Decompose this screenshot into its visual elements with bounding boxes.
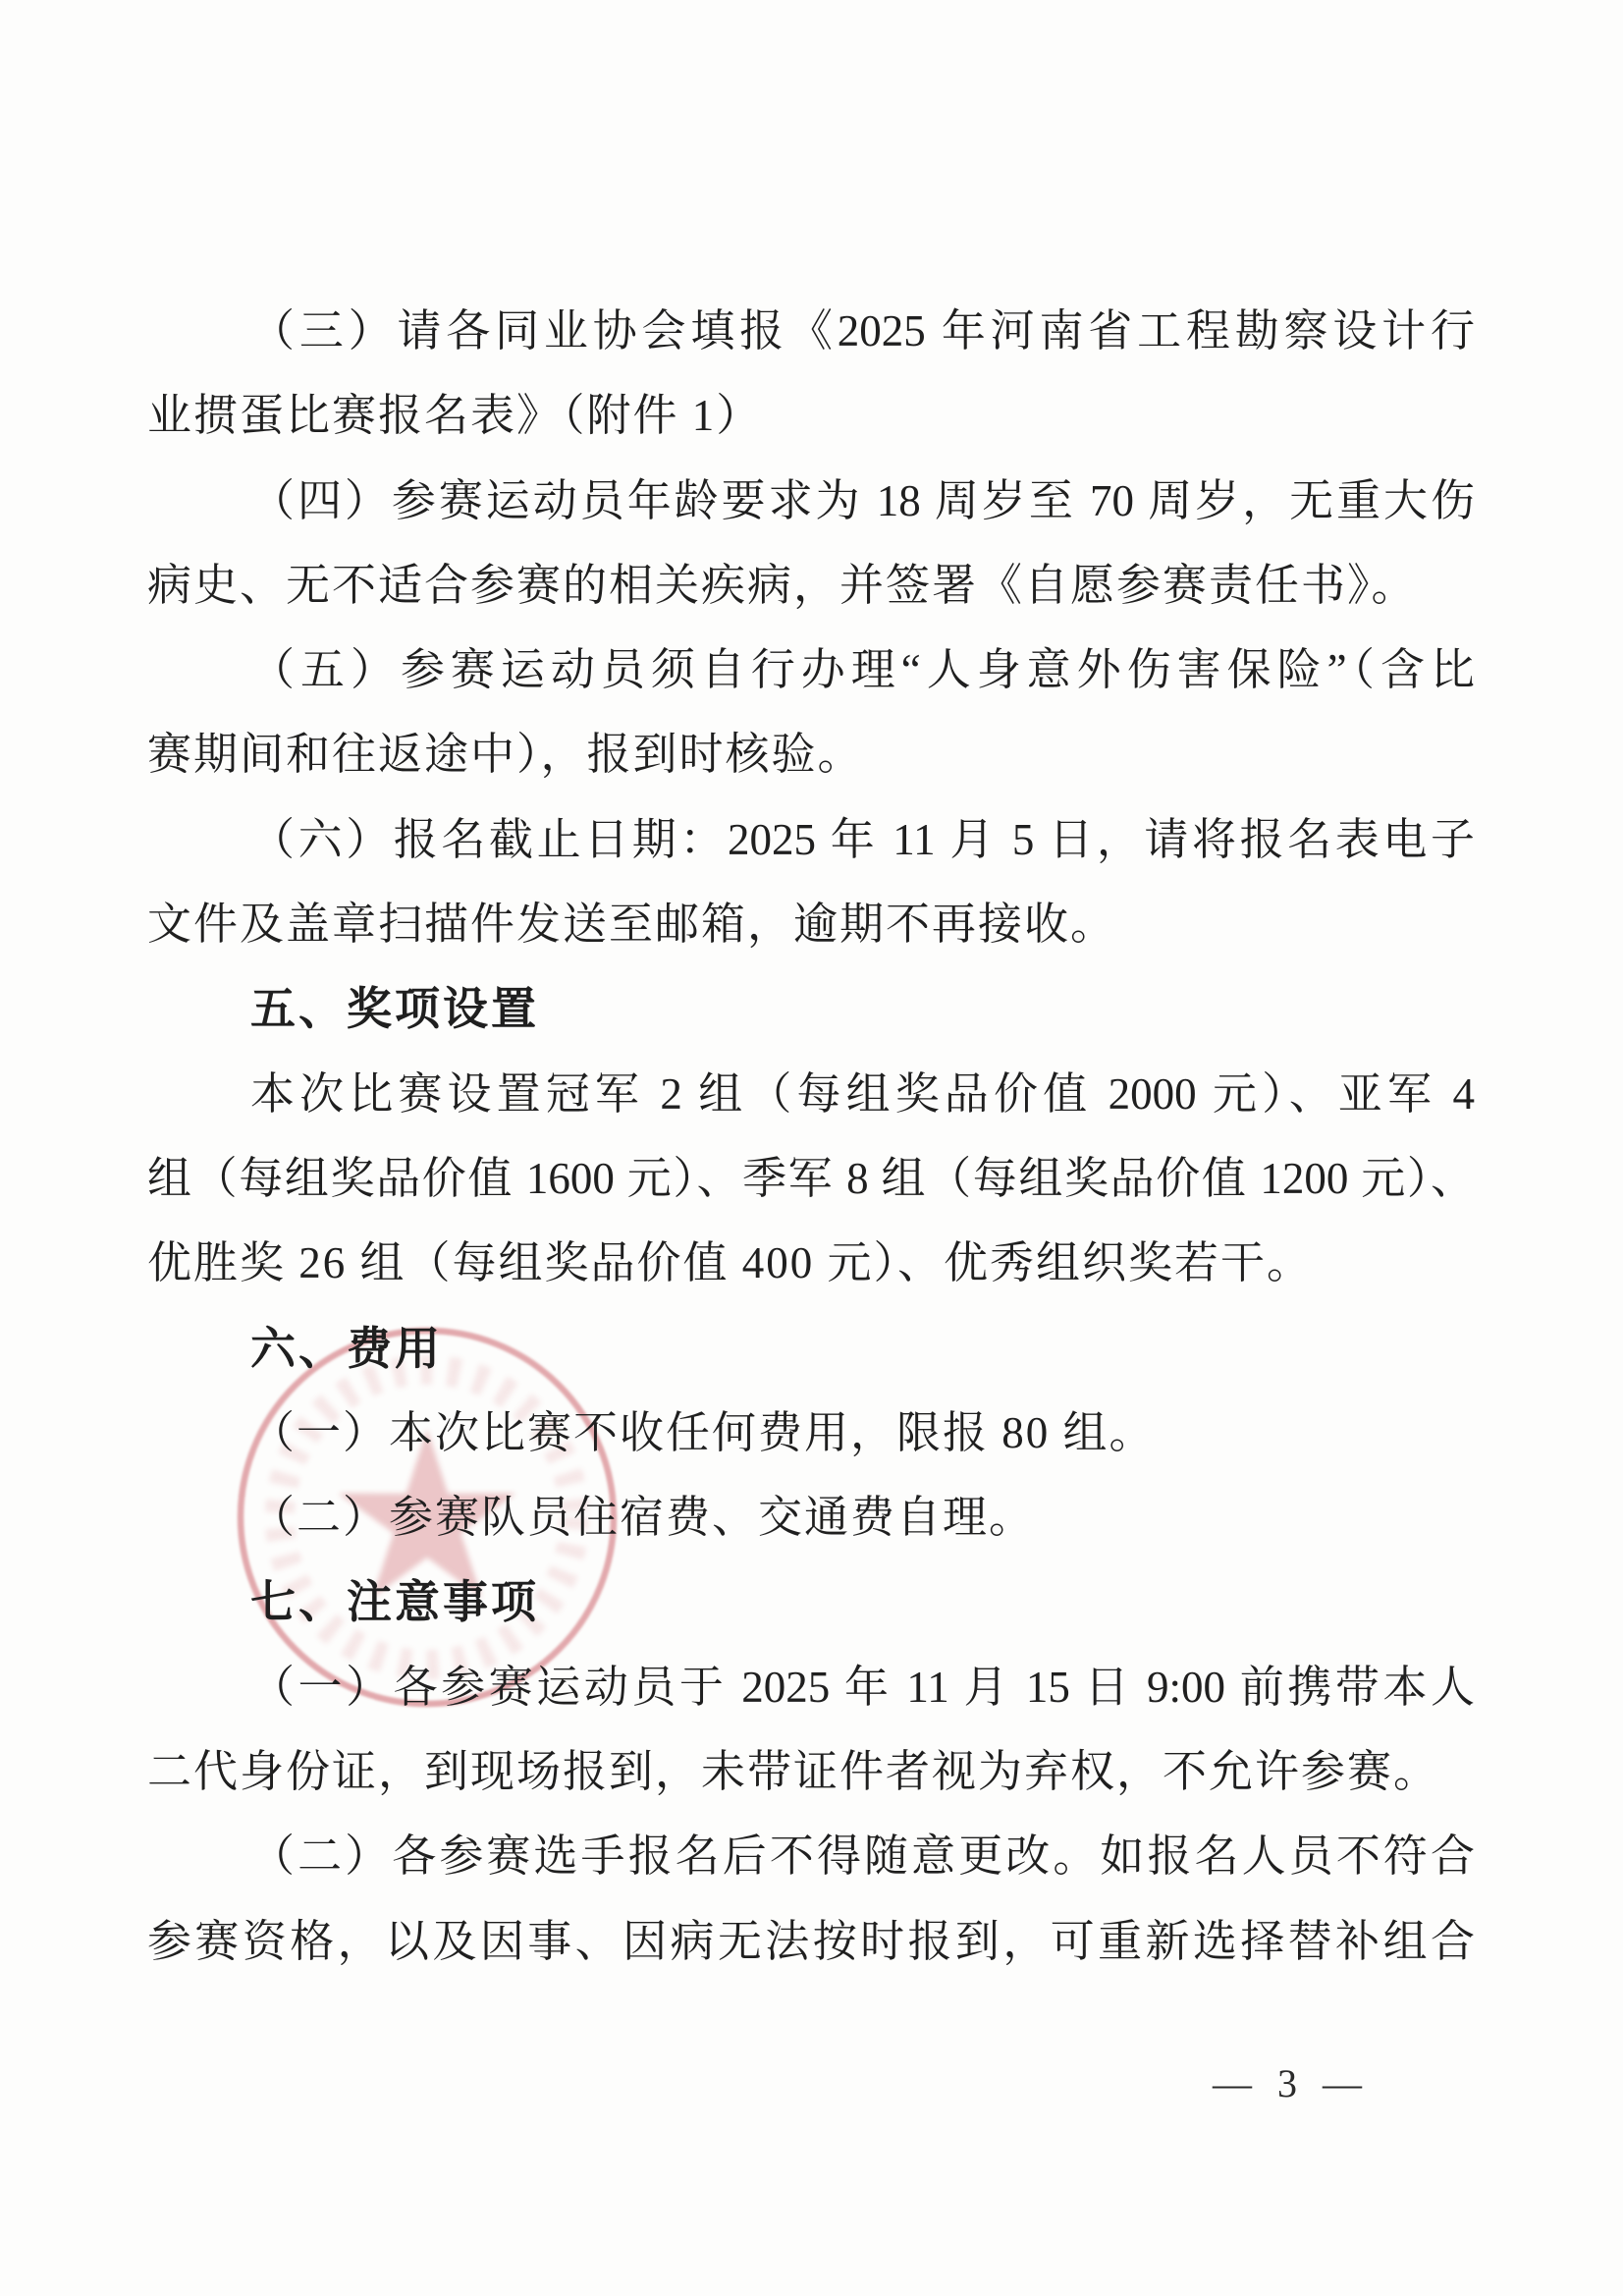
document-page: （三）请各同业协会填报《2025 年河南省工程勘察设计行 业掼蛋比赛报名表》（附…: [0, 0, 1623, 2296]
text-line: （三）请各同业协会填报《2025 年河南省工程勘察设计行: [147, 289, 1475, 373]
text-line: 二代身份证，到现场报到，未带证件者视为弃权，不允许参赛。: [147, 1729, 1475, 1814]
text-line: 赛期间和往返途中），报到时核验。: [147, 712, 1475, 796]
text-line: 本次比赛设置冠军 2 组（每组奖品价值 2000 元）、亚军 4: [147, 1052, 1475, 1136]
section-heading: 七、注意事项: [147, 1559, 1475, 1644]
text-line: 参赛资格，以及因事、因病无法按时报到，可重新选择替补组合: [147, 1899, 1475, 1984]
document-body: （三）请各同业协会填报《2025 年河南省工程勘察设计行 业掼蛋比赛报名表》（附…: [147, 289, 1475, 1984]
text-line: 优胜奖 26 组（每组奖品价值 400 元）、优秀组织奖若干。: [147, 1221, 1475, 1305]
text-line: （五）参赛运动员须自行办理“人身意外伤害保险”（含比: [147, 628, 1475, 712]
text-line: （二）各参赛选手报名后不得随意更改。如报名人员不符合: [147, 1814, 1475, 1898]
text-line: 文件及盖章扫描件发送至邮箱，逾期不再接收。: [147, 882, 1475, 966]
text-line: （一）本次比赛不收任何费用，限报 80 组。: [147, 1391, 1475, 1475]
text-line: （二）参赛队员住宿费、交通费自理。: [147, 1475, 1475, 1559]
text-line: 组（每组奖品价值 1600 元）、季军 8 组（每组奖品价值 1200 元）、: [147, 1136, 1475, 1221]
text-line: （一）各参赛运动员于 2025 年 11 月 15 日 9:00 前携带本人: [147, 1645, 1475, 1729]
text-line: 病史、无不适合参赛的相关疾病，并签署《自愿参赛责任书》。: [147, 543, 1475, 628]
text-line: （四）参赛运动员年龄要求为 18 周岁至 70 周岁，无重大伤: [147, 459, 1475, 543]
text-line: （六）报名截止日期：2025 年 11 月 5 日，请将报名表电子: [147, 797, 1475, 882]
text-line: 业掼蛋比赛报名表》（附件 1）: [147, 373, 1475, 458]
page-number: — 3 —: [1213, 2060, 1370, 2106]
section-heading: 六、费用: [147, 1306, 1475, 1391]
section-heading: 五、奖项设置: [147, 966, 1475, 1051]
